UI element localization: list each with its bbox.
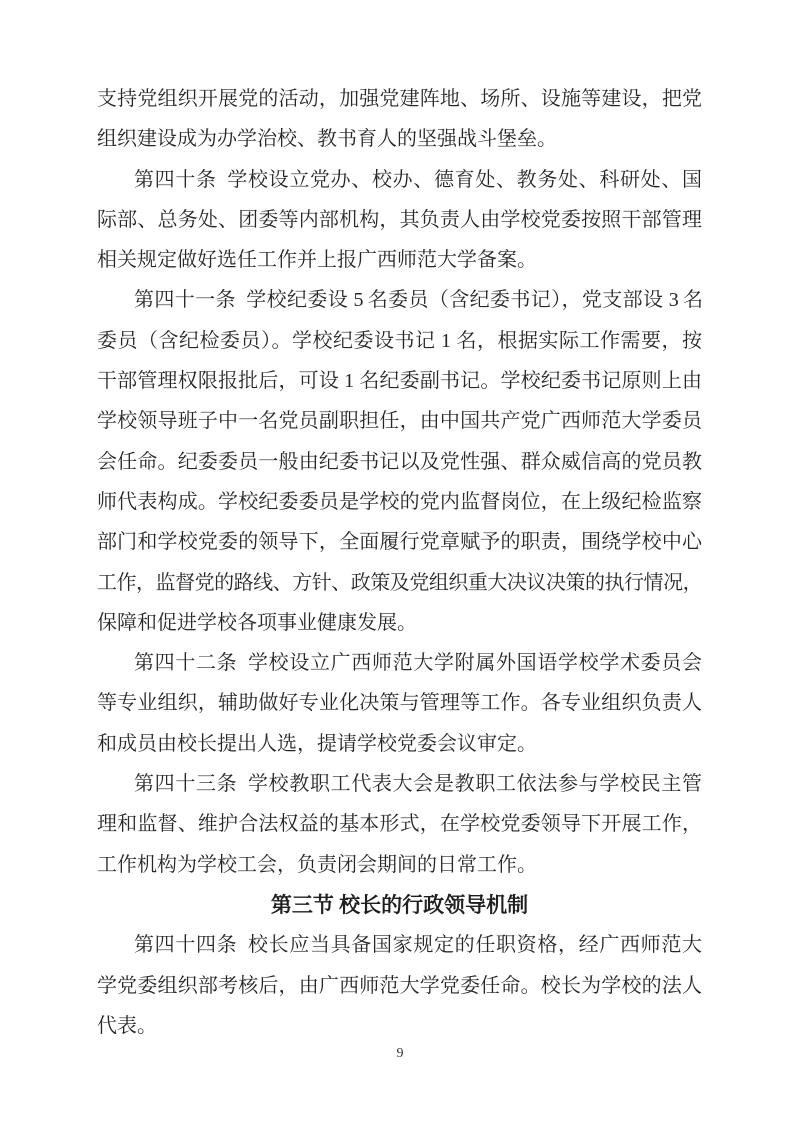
body-text-line: 代表。 bbox=[97, 1006, 702, 1046]
article-43-line: 第四十三条 学校教职工代表大会是教职工依法参与学校民主管 bbox=[97, 764, 702, 804]
body-text-line: 学校领导班子中一名党员副职担任，由中国共产党广西师范大学委员 bbox=[97, 401, 702, 441]
body-text-line: 师代表构成。学校纪委委员是学校的党内监督岗位，在上级纪检监察 bbox=[97, 482, 702, 522]
body-text-line: 部门和学校党委的领导下，全面履行党章赋予的职责，围绕学校中心 bbox=[97, 522, 702, 562]
body-text-line: 工作机构为学校工会，负责闭会期间的日常工作。 bbox=[97, 845, 702, 885]
article-44-line: 第四十四条 校长应当具备国家规定的任职资格，经广西师范大 bbox=[97, 925, 702, 965]
body-text-line: 干部管理权限报批后，可设 1 名纪委副书记。学校纪委书记原则上由 bbox=[97, 361, 702, 401]
body-text-line: 相关规定做好选任工作并上报广西师范大学备案。 bbox=[97, 240, 702, 280]
article-40-line: 第四十条 学校设立党办、校办、德育处、教务处、科研处、国 bbox=[97, 160, 702, 200]
document-body: 支持党组织开展党的活动，加强党建阵地、场所、设施等建设，把党 组织建设成为办学治… bbox=[97, 79, 702, 1046]
body-text-line: 保障和促进学校各项事业健康发展。 bbox=[97, 603, 702, 643]
body-text-line: 支持党组织开展党的活动，加强党建阵地、场所、设施等建设，把党 bbox=[97, 79, 702, 119]
article-41-line: 第四十一条 学校纪委设 5 名委员（含纪委书记），党支部设 3 名 bbox=[97, 280, 702, 320]
body-text-line: 际部、总务处、团委等内部机构，其负责人由学校党委按照干部管理 bbox=[97, 200, 702, 240]
page-number: 9 bbox=[0, 1044, 800, 1064]
document-page: 支持党组织开展党的活动，加强党建阵地、场所、设施等建设，把党 组织建设成为办学治… bbox=[0, 0, 800, 1131]
body-text-line: 理和监督、维护合法权益的基本形式，在学校党委领导下开展工作， bbox=[97, 804, 702, 844]
body-text-line: 会任命。纪委委员一般由纪委书记以及党性强、群众威信高的党员教 bbox=[97, 442, 702, 482]
body-text-line: 工作，监督党的路线、方针、政策及党组织重大决议决策的执行情况， bbox=[97, 563, 702, 603]
section-heading: 第三节 校长的行政领导机制 bbox=[97, 885, 702, 925]
body-text-line: 学党委组织部考核后，由广西师范大学党委任命。校长为学校的法人 bbox=[97, 966, 702, 1006]
body-text-line: 组织建设成为办学治校、教书育人的坚强战斗堡垒。 bbox=[97, 119, 702, 159]
body-text-line: 等专业组织，辅助做好专业化决策与管理等工作。各专业组织负责人 bbox=[97, 683, 702, 723]
body-text-line: 和成员由校长提出人选，提请学校党委会议审定。 bbox=[97, 724, 702, 764]
body-text-line: 委员（含纪检委员）。学校纪委设书记 1 名，根据实际工作需要，按 bbox=[97, 321, 702, 361]
article-42-line: 第四十二条 学校设立广西师范大学附属外国语学校学术委员会 bbox=[97, 643, 702, 683]
